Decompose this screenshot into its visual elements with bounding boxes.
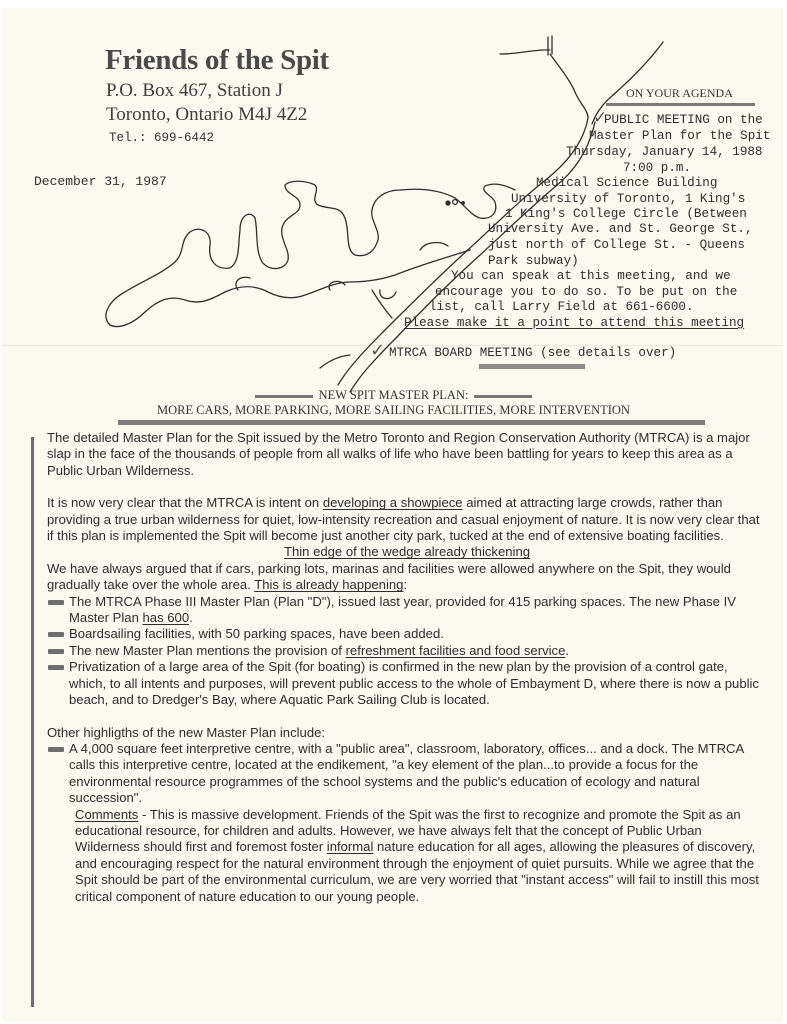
headline-rule [118, 420, 705, 425]
headline-line-1: NEW SPIT MASTER PLAN: [0, 388, 787, 403]
paragraph: We have always argued that if cars, park… [47, 561, 767, 594]
emphasis: developing a showpiece [323, 495, 463, 510]
emphasis: This is already happening [254, 577, 403, 592]
agenda-line: PUBLIC MEETING on the [604, 113, 763, 127]
list-item: A 4,000 square feet interpretive centre,… [47, 741, 767, 807]
comments-label: Comments [75, 807, 138, 822]
address-line-1: P.O. Box 467, Station J [106, 80, 283, 102]
highlights-intro: Other highligths of the new Master Plan … [47, 725, 767, 741]
agenda-line: encourage you to do so. To be put on the [435, 285, 737, 299]
margin-rule [31, 437, 34, 1007]
agenda-line: Medical Science Building [536, 176, 717, 190]
call-to-action: Please make it a point to attend this me… [404, 316, 744, 330]
list-item: Boardsailing facilities, with 50 parking… [47, 626, 767, 642]
checkmark-icon: ✓ [370, 340, 385, 361]
agenda-line: Master Plan for the Spit [589, 129, 770, 143]
list-item: The new Master Plan mentions the provisi… [47, 643, 767, 659]
agenda-line: 7:00 p.m. [623, 161, 691, 175]
agenda-line: 1 King's College Circle (Between [505, 207, 747, 221]
agenda-heading: ON YOUR AGENDA [626, 86, 733, 101]
agenda-line: University Ave. and St. George St., [488, 222, 753, 236]
paragraph: The detailed Master Plan for the Spit is… [47, 430, 767, 479]
agenda-line: Park subway) [488, 254, 579, 268]
organization-name: Friends of the Spit [105, 44, 329, 77]
list-item: Privatization of a large area of the Spi… [47, 659, 767, 708]
board-meeting-note: MTRCA BOARD MEETING (see details over) [389, 346, 676, 360]
agenda-line: Thursday, January 14, 1988 [566, 145, 763, 159]
address-line-2: Toronto, Ontario M4J 4Z2 [106, 104, 307, 126]
headline-line-2: MORE CARS, MORE PARKING, MORE SAILING FA… [0, 403, 787, 418]
agenda-line: You can speak at this meeting, and we [451, 269, 731, 283]
headline-text: NEW SPIT MASTER PLAN: [319, 388, 469, 402]
agenda-line: just north of College St. - Queens [488, 238, 745, 252]
telephone: Tel.: 699-6442 [109, 131, 214, 145]
subheading: Thin edge of the wedge already thickenin… [47, 544, 767, 560]
paragraph: It is now very clear that the MTRCA is i… [47, 495, 767, 544]
list-item: The MTRCA Phase III Master Plan (Plan "D… [47, 594, 767, 627]
rule-dash [474, 395, 532, 398]
rule-dash [255, 395, 313, 398]
agenda-line: University of Toronto, 1 King's [511, 192, 745, 206]
article-body: The detailed Master Plan for the Spit is… [47, 430, 767, 905]
agenda-line: list, call Larry Field at 661-6600. [429, 300, 694, 314]
letter-date: December 31, 1987 [34, 174, 167, 189]
agenda-rule [606, 103, 755, 106]
comments-paragraph: Comments - This is massive development. … [47, 807, 767, 905]
highlight-bar [479, 364, 585, 369]
